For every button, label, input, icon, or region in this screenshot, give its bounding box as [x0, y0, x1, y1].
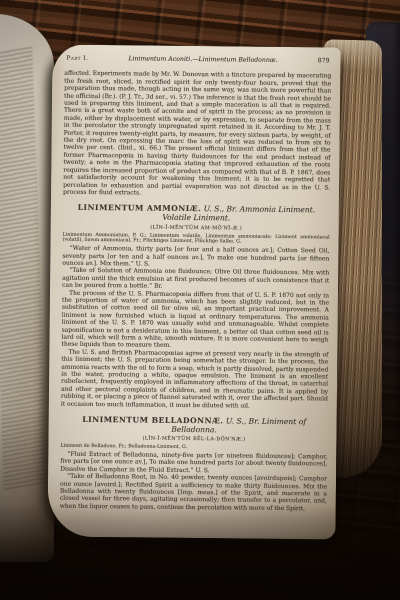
paragraph-aconite-continuation: affected. Experiments made by Mr. W. Don… [63, 70, 331, 199]
page-number: 879 [318, 57, 330, 65]
chapter-title: Linimentum Aconiti.—Linimentum Belladonn… [88, 55, 317, 65]
formula-us-belladonna: “Fluid Extract of Belladonna, ninety-fiv… [60, 451, 327, 476]
formula-br-ammonia: “Take of Solution of Ammonia one fluidou… [62, 267, 329, 292]
part-label: Part I. [66, 56, 88, 64]
running-header: Part I. Linimentum Aconiti.—Linimentum B… [66, 55, 329, 66]
paragraph-process-ammonia: The process of the U. S. Pharmacopœia di… [61, 289, 329, 351]
facing-page [0, 14, 54, 562]
facing-page-blurred-text [0, 45, 48, 492]
section-heading-ammonia: LINIMENTUM AMMONIÆ. U. S., Br. Ammonia L… [63, 204, 330, 224]
page-content: Part I. Linimentum Aconiti.—Linimentum B… [60, 55, 332, 532]
pronunciation-ammonia: (LĬN-Ĭ-MĔN′TŬM AM-MŌ′NĬ-Æ.) [63, 223, 330, 232]
book-page: Part I. Linimentum Aconiti.—Linimentum B… [47, 45, 340, 540]
section-heading-belladonna: LINIMENTUM BELLADONNÆ. U. S., Br. Linime… [61, 416, 328, 436]
formula-br-belladonna: “Take of Belladonna Root, in No. 40 powd… [60, 473, 327, 513]
paragraph-uses-ammonia: The U. S. and British Pharmacopœias agre… [61, 348, 329, 410]
heading-authorities: U. S., Br. [226, 416, 260, 425]
formula-us-ammonia: “Water of Ammonia, thirty parts [or four… [62, 245, 329, 270]
book-photo-scene: Part I. Linimentum Aconiti.—Linimentum B… [0, 0, 400, 600]
pronunciation-belladonna: (LĬN-Ĭ-MĔN′TŬM BĔL-LA-DŎN′NÆ.) [60, 435, 327, 444]
